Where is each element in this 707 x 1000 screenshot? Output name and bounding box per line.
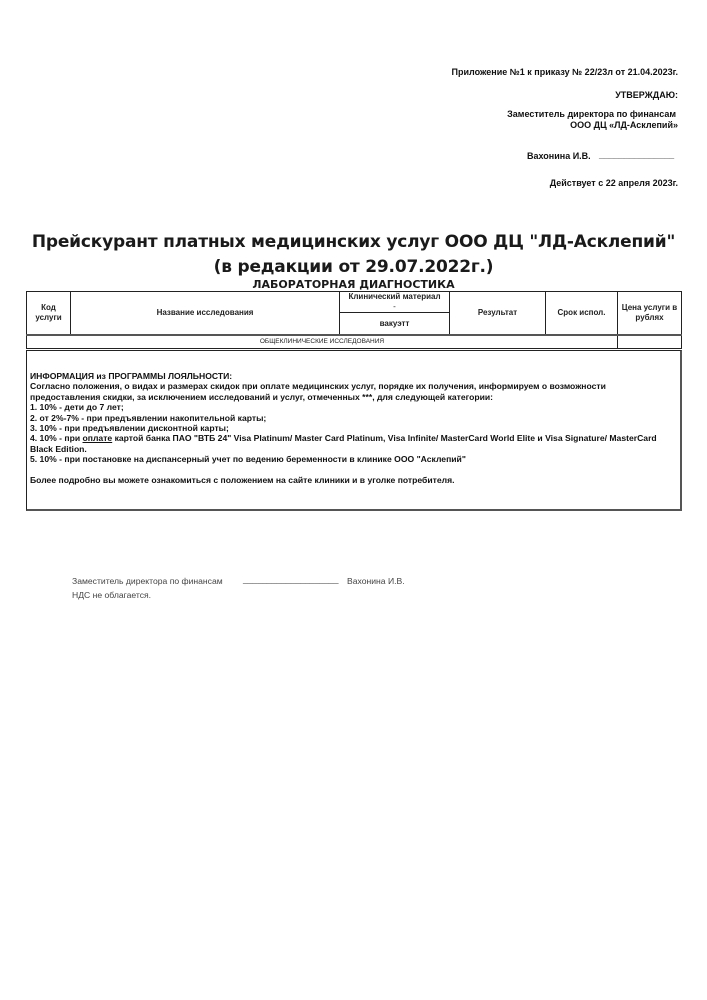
appendix-reference: Приложение №1 к приказу № 22/23л от 21.0… xyxy=(452,67,678,78)
loyalty-info-text: ИНФОРМАЦИЯ из ПРОГРАММЫ ЛОЯЛЬНОСТИ: Согл… xyxy=(30,371,678,485)
document-edition: (в редакции от 29.07.2022г.) xyxy=(0,257,707,277)
loyalty-item-vtb: 4. 10% - при оплате картой банка ПАО "ВТ… xyxy=(30,433,678,454)
item4-prefix: 4. 10% - при xyxy=(30,433,83,443)
footer-signature-line: ____________________ xyxy=(243,573,339,586)
column-header-name: Название исследования xyxy=(71,292,340,336)
loyalty-info-box: ИНФОРМАЦИЯ из ПРОГРАММЫ ЛОЯЛЬНОСТИ: Согл… xyxy=(26,350,682,511)
approval-label: УТВЕРЖДАЮ: xyxy=(615,90,678,101)
footer-position: Заместитель директора по финансам xyxy=(72,575,223,588)
loyalty-item: 3. 10% - при предъявлении дисконтной кар… xyxy=(30,423,678,433)
loyalty-heading: ИНФОРМАЦИЯ из ПРОГРАММЫ ЛОЯЛЬНОСТИ: xyxy=(30,371,678,381)
approver-name: Вахонина И.В. xyxy=(527,151,591,162)
valid-from-date: Действует с 22 апреля 2023г. xyxy=(550,178,678,189)
document-title: Прейскурант платных медицинских услуг ОО… xyxy=(0,232,707,252)
footer-signatory: Вахонина И.В. xyxy=(347,575,405,588)
table-section-row: ОБЩЕКЛИНИЧЕСКИЕ ИССЛЕДОВАНИЯ xyxy=(27,335,682,349)
loyalty-closing: Более подробно вы можете ознакомиться с … xyxy=(30,475,678,485)
loyalty-item: 5. 10% - при постановке на диспансерный … xyxy=(30,454,678,464)
section-heading: ЛАБОРАТОРНАЯ ДИАГНОСТИКА xyxy=(0,278,707,291)
column-header-material-type: вакуэтт xyxy=(340,313,450,336)
approver-position-line1: Заместитель директора по финансам xyxy=(507,109,676,120)
loyalty-item: 2. от 2%-7% - при предъявлении накопител… xyxy=(30,413,678,423)
item4-underlined: оплате xyxy=(83,433,113,443)
section-row-label: ОБЩЕКЛИНИЧЕСКИЕ ИССЛЕДОВАНИЯ xyxy=(27,335,618,349)
vat-note: НДС не облагается. xyxy=(72,589,151,602)
material-dash: - xyxy=(342,302,447,312)
item4-suffix: картой банка ПАО "ВТБ 24" Visa Platinum/… xyxy=(30,433,657,453)
loyalty-item: 1. 10% - дети до 7 лет; xyxy=(30,402,678,412)
column-header-price: Цена услуги в рублях xyxy=(618,292,682,336)
approver-signature-line: _______________ xyxy=(599,150,674,161)
column-header-term: Срок испол. xyxy=(546,292,618,336)
column-header-material: Клинический материал - xyxy=(340,292,450,313)
loyalty-intro: Согласно положения, о видах и размерах с… xyxy=(30,381,678,402)
price-table: Код услуги Название исследования Клиниче… xyxy=(26,291,682,349)
approver-position-line2: ООО ДЦ «ЛД-Асклепий» xyxy=(570,120,678,131)
column-header-result: Результат xyxy=(450,292,546,336)
section-row-price xyxy=(618,335,682,349)
material-label: Клинический материал xyxy=(342,292,447,302)
column-header-code: Код услуги xyxy=(27,292,71,336)
